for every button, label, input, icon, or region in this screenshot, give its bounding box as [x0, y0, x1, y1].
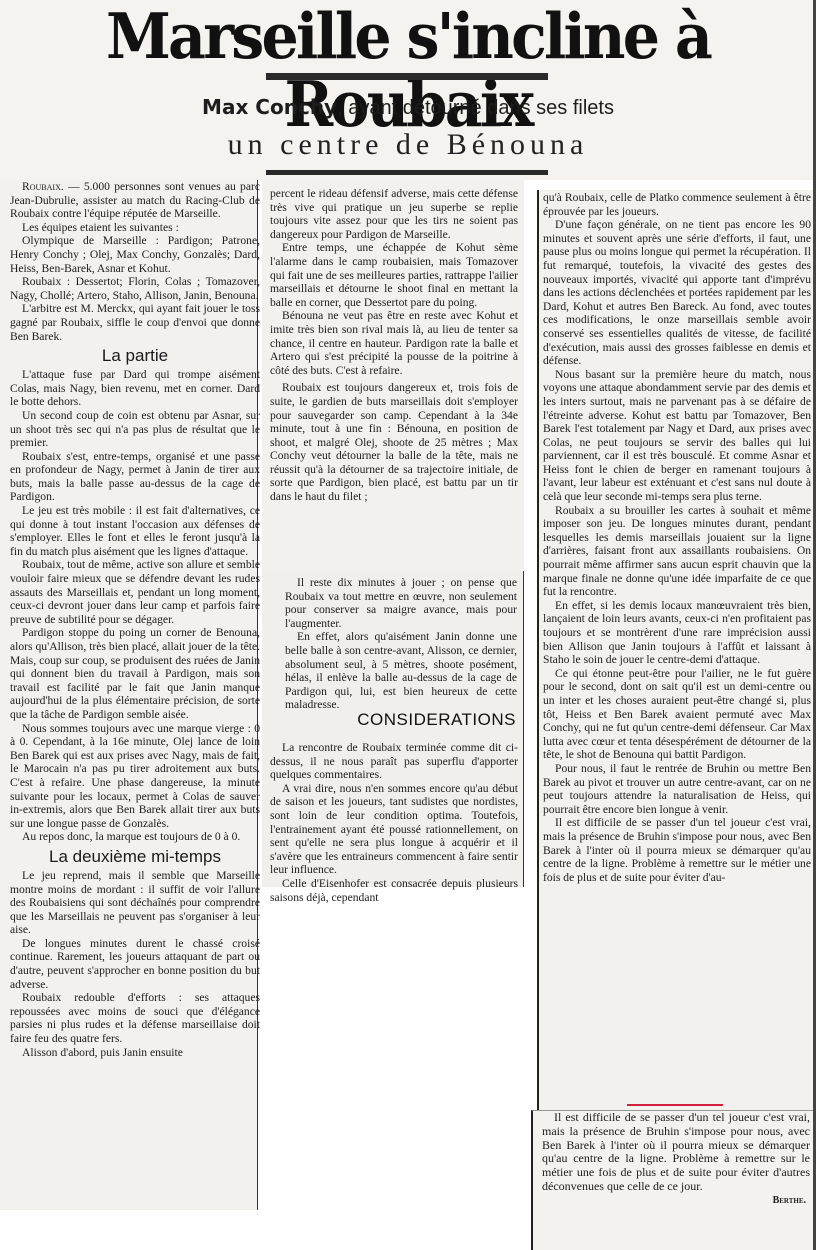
subhead-rest: , ayant détourné dans ses filets	[337, 97, 614, 119]
subhead-name: Max Conchy	[202, 95, 337, 119]
paragraph: A vrai dire, nous n'en sommes encore qu'…	[270, 782, 518, 877]
column-2-box: Il reste dix minutes à jouer ; on pense …	[285, 576, 517, 712]
paragraph: En effet, alors qu'aisément Janin donne …	[285, 630, 517, 712]
section-heading-deuxieme-mi-temps: La deuxième mi-temps	[10, 846, 260, 868]
paragraph: Pour nous, il faut le rentrée de Bruhin …	[543, 762, 811, 816]
paragraph: Il est difficile de se passer d'un tel j…	[543, 816, 811, 884]
paragraph: La rencontre de Roubaix terminée comme d…	[270, 741, 518, 782]
paragraph: Roubaix est toujours dangereux et, trois…	[270, 381, 518, 503]
paragraph: Celle d'Eisenhofer est consacrée depuis …	[270, 877, 518, 904]
paragraph: L'arbitre est M. Merckx, qui ayant fait …	[10, 302, 260, 343]
paragraph: Pardigon stoppe du poing un corner de Be…	[10, 626, 260, 721]
paragraph: En effet, si les demis locaux manœuvraie…	[543, 599, 811, 667]
considerations-heading: CONSIDERATIONS	[262, 710, 520, 730]
paragraph: Au repos donc, la marque est toujours de…	[10, 830, 260, 844]
subhead-rule	[266, 170, 548, 175]
paragraph: Olympique de Marseille : Pardigon; Patro…	[10, 234, 260, 275]
paragraph: Roubaix. — 5.000 personnes sont venues a…	[10, 180, 260, 221]
paragraph: Bénouna ne veut pas être en reste avec K…	[270, 309, 518, 377]
paragraph: Il est difficile de se passer d'un tel j…	[542, 1111, 810, 1194]
highlight-underline	[627, 1104, 723, 1106]
paragraph: Roubaix s'est, entre-temps, organisé et …	[10, 450, 260, 504]
paragraph: Un second coup de coin est obtenu par As…	[10, 409, 260, 450]
paragraph: L'attaque fuse par Dard qui trompe aisém…	[10, 368, 260, 409]
subhead: Max Conchy, ayant détourné dans ses file…	[0, 93, 816, 122]
paragraph: Roubaix, tout de même, active son allure…	[10, 558, 260, 626]
paragraph: Roubaix : Dessertot; Florin, Colas ; Tom…	[10, 275, 260, 302]
column-3: qu'à Roubaix, celle de Platko commence s…	[543, 191, 811, 884]
paragraph: Roubaix redouble d'efforts : ses attaque…	[10, 991, 260, 1045]
inset-clipping: Il est difficile de se passer d'un tel j…	[542, 1111, 810, 1208]
paragraph: Nous sommes toujours avec une marque vie…	[10, 722, 260, 831]
paragraph: Ce qui étonne peut-être pour l'ailier, n…	[543, 667, 811, 762]
paragraph: Entre temps, une échappée de Kohut sème …	[270, 241, 518, 309]
paragraph: percent le rideau défensif adverse, mais…	[270, 187, 518, 241]
paragraph: Alisson d'abord, puis Janin ensuite	[10, 1046, 260, 1060]
paragraph: qu'à Roubaix, celle de Platko commence s…	[543, 191, 811, 218]
dateline: Roubaix.	[22, 180, 64, 193]
paragraph: D'une façon générale, on ne tient pas en…	[543, 218, 811, 368]
byline: Berthe.	[542, 1194, 810, 1208]
subhead-line2: un centre de Bénouna	[0, 128, 816, 162]
paragraph: Il reste dix minutes à jouer ; on pense …	[285, 576, 517, 630]
paragraph: Le jeu est très mobile : il est fait d'a…	[10, 504, 260, 558]
section-heading-la-partie: La partie	[10, 345, 260, 367]
paragraph: Les équipes etaient les suivantes :	[10, 221, 260, 235]
paragraph: Nous basant sur la première heure du mat…	[543, 368, 811, 504]
paragraph: De longues minutes durent le chassé croi…	[10, 937, 260, 991]
headline-rule	[266, 73, 548, 80]
paragraph: Roubaix a su brouiller les cartes à souh…	[543, 504, 811, 599]
considerations-text: La rencontre de Roubaix terminée comme d…	[270, 741, 518, 904]
column-2: percent le rideau défensif adverse, mais…	[270, 187, 518, 504]
column-1: Roubaix. — 5.000 personnes sont venues a…	[10, 180, 260, 1059]
paragraph: Le jeu reprend, mais il semble que Marse…	[10, 869, 260, 937]
